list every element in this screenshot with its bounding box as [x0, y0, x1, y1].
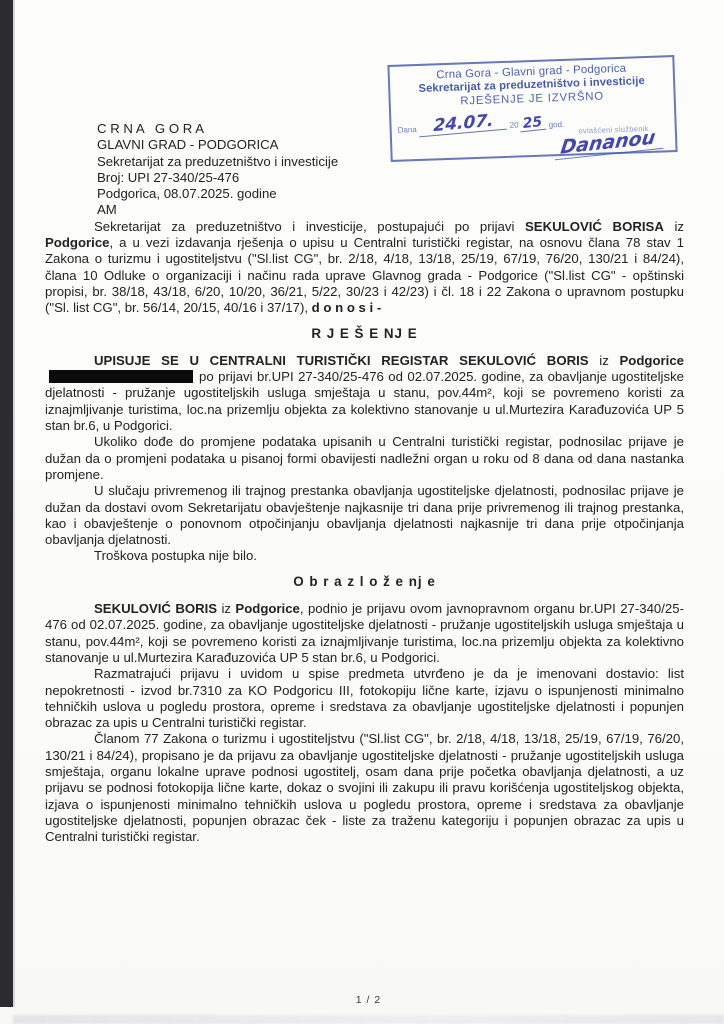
- letterhead-city: GLAVNI GRAD - PODGORICA: [97, 137, 684, 153]
- scanner-edge-strip: [0, 0, 15, 1007]
- letterhead-case-number: Broj: UPI 27-340/25-476: [97, 170, 684, 186]
- letterhead-place-date: Podgorica, 08.07.2025. godine: [97, 186, 684, 202]
- decision-paragraph: UPISUJE SE U CENTRALNI TURISTIČKI REGIST…: [45, 353, 684, 434]
- reasoning-paragraph-3: Članom 77 Zakona o turizmu i ugostiteljs…: [45, 731, 684, 845]
- letterhead-initials: AM: [97, 202, 684, 218]
- page-number: 1 / 2: [13, 994, 724, 1006]
- data-change-paragraph: Ukoliko dođe do promjene podataka upisan…: [45, 434, 684, 483]
- decision-title: R J E Š E NJ E: [45, 326, 684, 342]
- scanned-document-page: Crna Gora - Glavni grad - Podgorica Sekr…: [0, 0, 724, 1024]
- redacted-text: [49, 370, 193, 383]
- reasoning-title: O b r a z l o ž e nj e: [45, 574, 684, 590]
- reasoning-paragraph-1: SEKULOVIĆ BORIS iz Podgorice, podnio je …: [45, 601, 684, 666]
- costs-paragraph: Troškova postupka nije bilo.: [45, 548, 684, 564]
- letterhead: C R N A G O R A GLAVNI GRAD - PODGORICA …: [97, 121, 684, 219]
- reasoning-paragraph-2: Razmatrajući prijavu i uvidom u spise pr…: [45, 666, 684, 731]
- letterhead-country: C R N A G O R A: [97, 121, 684, 137]
- cessation-paragraph: U slučaju privremenog ili trajnog presta…: [45, 483, 684, 548]
- scanner-bottom-smudge: [13, 1015, 724, 1024]
- letterhead-department: Sekretarijat za preduzetništvo i investi…: [97, 154, 684, 170]
- intro-paragraph: Sekretarijat za preduzetništvo i investi…: [45, 219, 684, 317]
- document-body: C R N A G O R A GLAVNI GRAD - PODGORICA …: [45, 121, 684, 845]
